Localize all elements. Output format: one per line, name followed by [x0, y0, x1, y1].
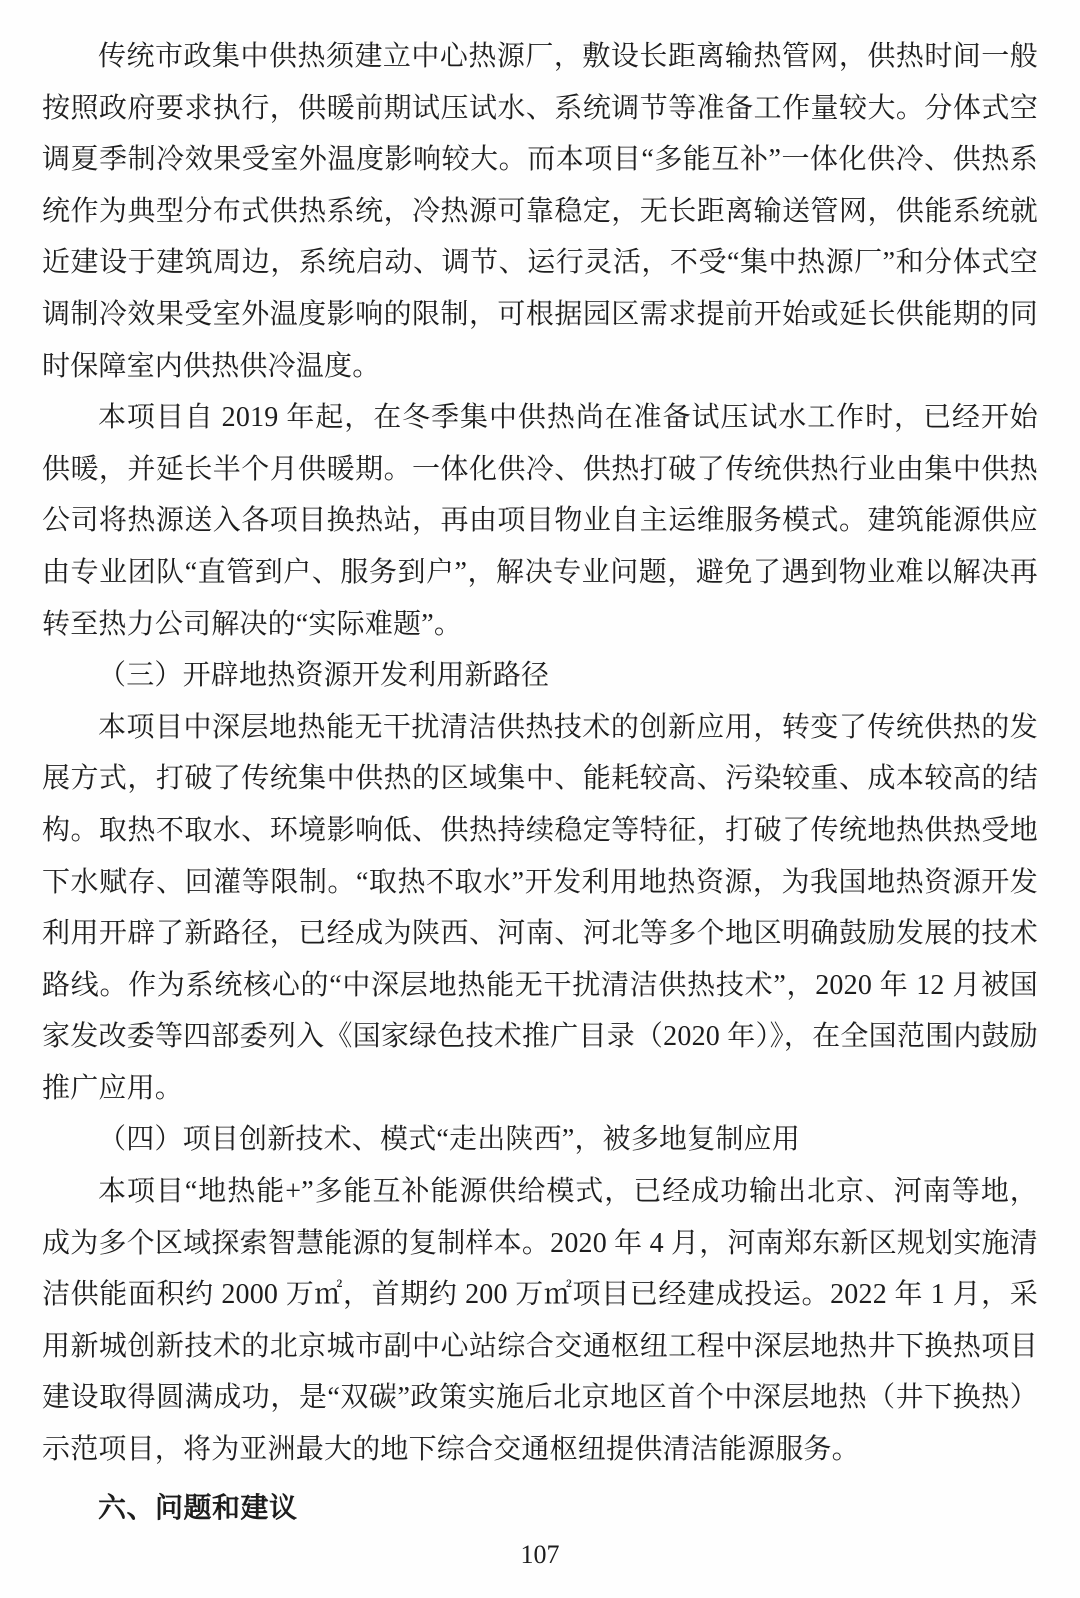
paragraph-geothermal-technology: 本项目中深层地热能无干扰清洁供热技术的创新应用，转变了传统供热的发展方式，打破了… [42, 702, 1038, 1115]
heading-section-6-problems-suggestions: 六、问题和建议 [42, 1482, 1038, 1534]
heading-section-4-model-replication: （四）项目创新技术、模式“走出陕西”，被多地复制应用 [42, 1114, 1038, 1166]
page-number: 107 [0, 1540, 1080, 1570]
paragraph-project-since-2019: 本项目自 2019 年起，在冬季集中供热尚在准备试压试水工作时，已经开始供暖，并… [42, 392, 1038, 650]
paragraph-model-export: 本项目“地热能+”多能互补能源供给模式，已经成功输出北京、河南等地，成为多个区域… [42, 1166, 1038, 1476]
heading-section-3-geothermal-new-path: （三）开辟地热资源开发利用新路径 [42, 650, 1038, 702]
paragraph-traditional-heating: 传统市政集中供热须建立中心热源厂，敷设长距离输热管网，供热时间一般按照政府要求执… [42, 31, 1038, 392]
document-page: 传统市政集中供热须建立中心热源厂，敷设长距离输热管网，供热时间一般按照政府要求执… [0, 0, 1080, 1598]
